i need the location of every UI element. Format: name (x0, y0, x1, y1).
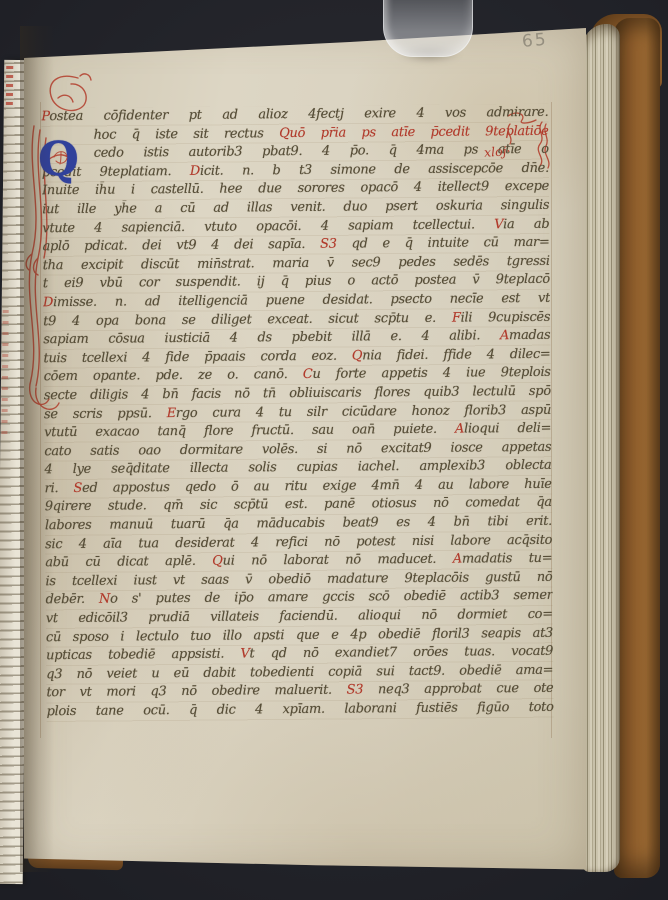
ink-text-segment: upticas tobediē appsisti. (46, 647, 240, 664)
ink-text-segment: ia ab (503, 216, 549, 231)
ink-text-segment: se scris ppsū. (44, 406, 167, 422)
ink-text-segment: cedo istis autorib3 pbat9. 4 p̄o. q̄ 4ma… (94, 142, 549, 161)
rubric-text-segment: V (494, 217, 503, 232)
rubric-text-segment: A (455, 422, 464, 437)
ink-text-segment: madatis tu= (462, 551, 552, 567)
rubric-text-segment: N (99, 592, 110, 607)
ink-text-segment: sic 4 aīa tua desiderat 4 refici nō pote… (45, 532, 552, 551)
rubric-text-segment: C (303, 367, 313, 382)
folio-number: 65 (521, 28, 567, 52)
book-cover-edge (614, 18, 660, 878)
ink-text-segment: t ei9 vbū cor suspendit. ij q̄ pius o ac… (43, 272, 550, 291)
ink-text-segment: 9qirere stude. qm̄ sic scp̄tū est. panē … (45, 495, 552, 514)
text-block: Postea cōfidenter pt ad alioz 4fectj exi… (41, 104, 553, 722)
ink-text-segment: ostea cōfidenter pt ad alioz 4fectj exir… (49, 105, 548, 124)
rubric-text-segment: A (500, 328, 509, 343)
rubric-text-segment: Quō pr̄ia ps atīe p̄cedit 9teplatiōe (279, 123, 549, 140)
ink-text-segment: t9 4 opa bona se diliget exceat. sicut s… (43, 310, 452, 329)
ink-text-segment: iut ille yh̄e a cū ad illas venit. duo p… (42, 198, 549, 217)
initial-penwork-icon (48, 144, 74, 170)
ink-text-segment: plois tane ocū. q̄ dic 4 xpīam. laborani… (47, 700, 554, 719)
ink-text-segment: lioqui deli= (464, 421, 551, 437)
ink-text-segment: ui nō laborat nō maducet. (223, 552, 453, 569)
ink-text-segment: is tcellexi iust vt saas v̄ obediō madat… (45, 570, 552, 589)
ink-text-segment: o s' putes de ip̄o amare gccis scō obedi… (110, 588, 553, 607)
rubric-text-segment: E (167, 406, 176, 421)
ink-text-segment: rgo cura 4 tu silr cicūdare honoz florib… (176, 402, 551, 420)
rubric-text-segment: D (190, 164, 200, 179)
chapter-margin-note: xloj· (484, 143, 511, 160)
ink-text-segment: tuis tcellexi 4 fide p̄paais corda eoz. (43, 348, 352, 366)
fore-edge-pages (582, 24, 620, 872)
ink-text-segment: abū cū dicat aplē. (45, 554, 212, 570)
ink-text-segment: vtutū exacao tanq̄ flore fructū. sau oan… (44, 422, 455, 441)
ink-text-segment: icit. n. b t3 simone de assiscepcōe dn̄e… (200, 161, 549, 179)
ink-text-segment: t qd nō exandiet7 orōes tuas. vocat9 (249, 644, 553, 662)
ink-text-segment: qd e q̄ intuite cū mar= (337, 235, 550, 252)
ink-text-segment: ed appostus qedo ō au ritu exige 4mn̄ 4 … (82, 477, 552, 496)
rubric-text-segment: Q (212, 554, 222, 569)
ink-text-segment: ili 9cupiscēs (461, 309, 551, 325)
ink-text-segment: Inuite ih̄u i castellū. hee due sorores … (42, 179, 549, 198)
illuminated-initial: Q (38, 134, 88, 190)
manuscript-page: 65 Q xl (24, 26, 586, 872)
ink-text-segment: tor vt mori q3 nō obedire maluerit. (46, 683, 346, 701)
ink-text-segment: u forte appetis 4 iue 9teplois (312, 365, 550, 382)
ink-text-segment: debēr. (46, 592, 99, 607)
rubric-text-segment: A (453, 552, 462, 567)
ink-text-segment: imisse. n. ad itelligenciā puene desidat… (53, 291, 550, 310)
ink-text-segment: neq3 approbat cue ote (363, 681, 553, 698)
ink-text-segment: vt edicōil3 prudiā villateis faciendū. a… (46, 607, 553, 626)
ink-text-segment: cōem opante. pde. ze o. canō. (44, 367, 303, 384)
ink-text-segment: aplō pdicat. dei vt9 4 dei sapīa. (42, 237, 320, 254)
rubric-text-segment: Q (352, 348, 362, 363)
rubric-text-segment: D (43, 295, 53, 310)
page-clip (383, 0, 473, 57)
rubric-text-segment: P (41, 109, 49, 124)
rubric-text-segment: S3 (347, 683, 364, 698)
ink-text-segment: cato satis oao dormitare volēs. si nō ex… (44, 439, 551, 458)
manuscript-photo: 65 Q xl (0, 0, 668, 900)
ink-text-segment: cū sposo i lectulo tuo illo apsti que e … (46, 625, 553, 644)
ink-text-segment: hoc q̄ iste sit rectus (94, 126, 280, 143)
ink-text-segment: tha excipit discūt min̄strat. maria v̄ s… (43, 254, 550, 273)
ink-text-segment: secte diligis 4 bn̄ facis nō tn̄ obliuis… (44, 384, 551, 403)
ink-text-segment: nia fidei. ffide 4 dilec= (362, 347, 550, 364)
ink-text-segment: ri. (45, 481, 74, 496)
ink-text-segment: vtute 4 sapienciā. vtuto opacōi. 4 sapia… (42, 217, 494, 236)
rubric-text-segment: S3 (320, 237, 337, 252)
text-line: plois tane ocū. q̄ dic 4 xpīam. laborani… (47, 699, 554, 722)
ink-text-segment: labores manuū tuarū q̄a māducabis beat9 … (45, 514, 552, 533)
ink-text-segment: 4 lye seq̄ditate illecta solis cupias ia… (44, 458, 551, 477)
ink-text-segment: q3 nō veiet u eū dabit tobedienti copiā … (46, 663, 553, 682)
ink-text-segment: madas (509, 328, 550, 343)
ink-text-segment: sapiam cōsua iusticiā 4 ds pbebit illā e… (43, 328, 500, 347)
